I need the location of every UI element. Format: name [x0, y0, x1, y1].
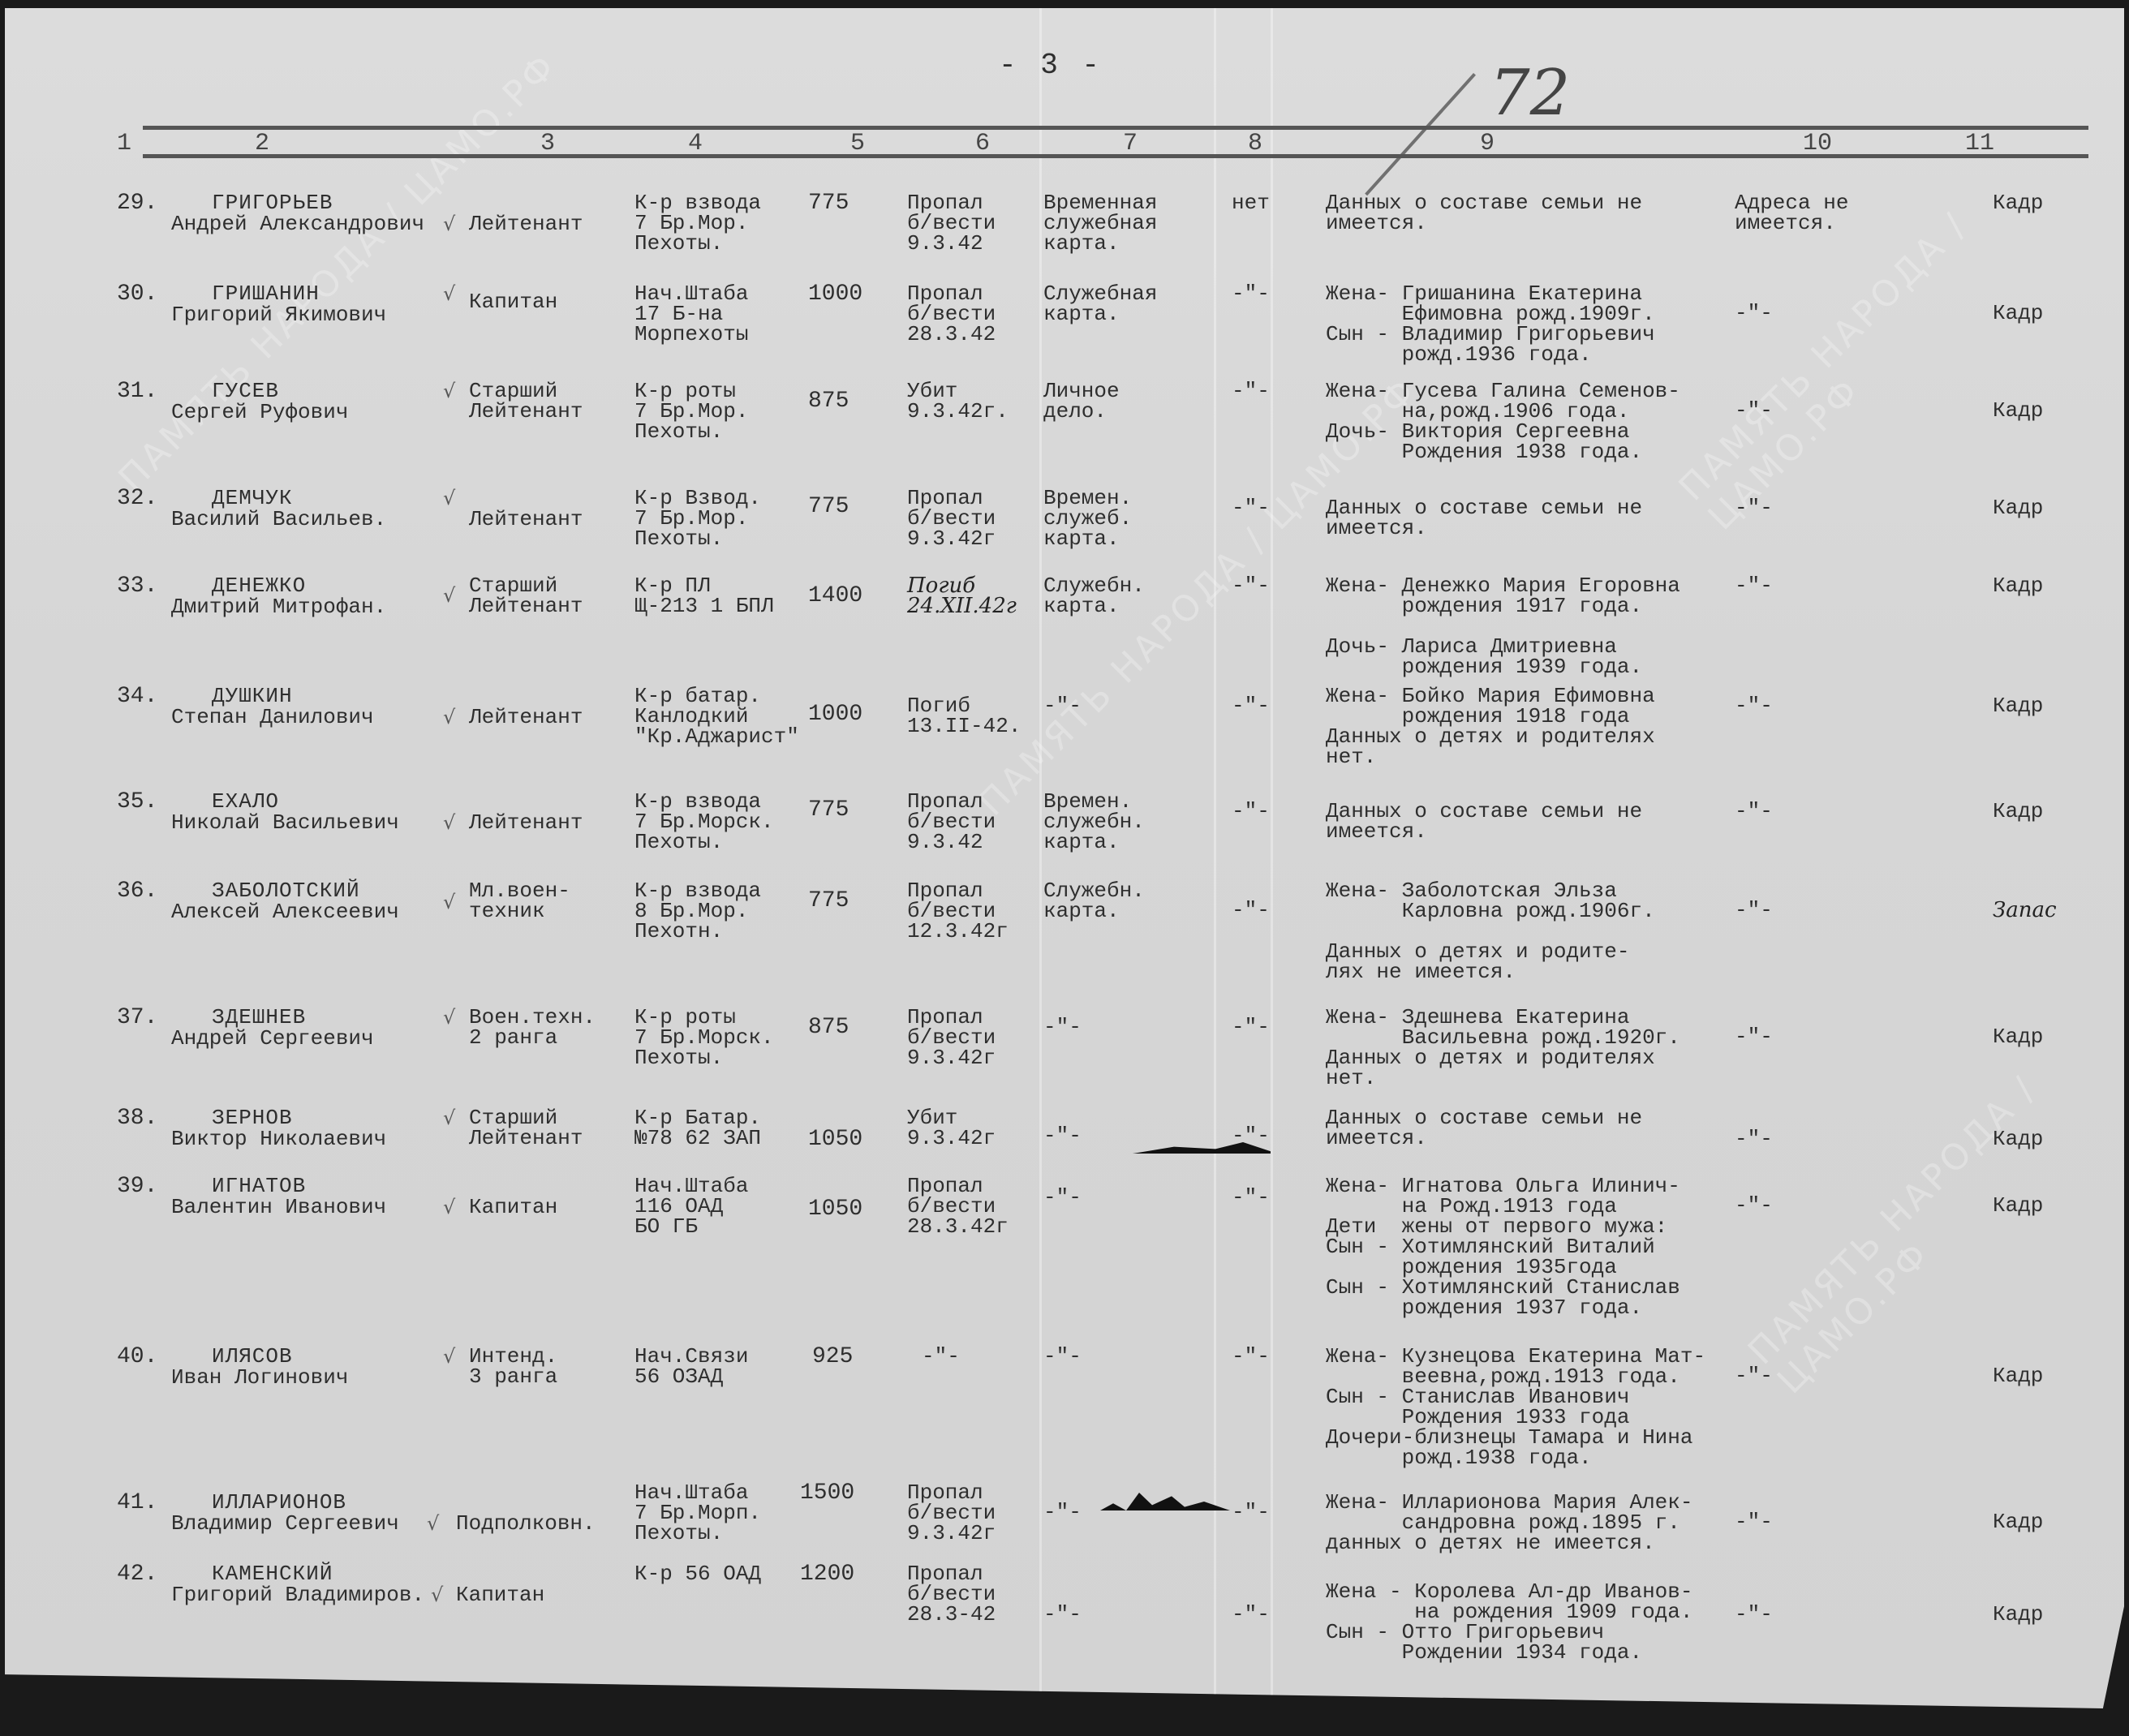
family-info: Жена- Денежко Мария Егоровна рождения 19… [1326, 576, 1680, 677]
salary: 1050 [808, 1199, 862, 1219]
salary: 875 [808, 391, 849, 411]
check-mark-icon: √ [443, 381, 455, 402]
source-document: -"- [1043, 696, 1082, 716]
watermark: ПАМЯТЬ НАРОДА / ЦАМО.РФ [1740, 1050, 2092, 1402]
category: Кадр [1993, 303, 2043, 324]
source-document: Времен. служеб. карта. [1043, 488, 1132, 549]
column-8: -"- [1232, 1188, 1270, 1208]
family-info: Данных о составе семьи не имеется. [1326, 498, 1642, 539]
source-document: Личное дело. [1043, 381, 1120, 422]
given-names: Иван Логинович [171, 1368, 348, 1388]
family-info: Жена- Гусева Галина Семенов- на,рожд.190… [1326, 381, 1680, 462]
paper-crease [1271, 8, 1273, 1708]
column-number: 2 [255, 130, 269, 157]
family-info: Жена- Игнатова Ольга Илинич- на Рожд.191… [1326, 1176, 1680, 1318]
column-number: 4 [688, 130, 703, 157]
check-mark-icon: √ [443, 586, 455, 606]
column-number: 11 [1965, 130, 1994, 157]
surname: ДЕНЕЖКО [212, 576, 306, 596]
column-8: -"- [1232, 696, 1270, 716]
rank: Капитан [469, 1197, 557, 1218]
category: Кадр [1993, 1196, 2043, 1216]
source-document: Служебн. карта. [1043, 576, 1145, 617]
given-names: Василий Васильев. [171, 509, 386, 530]
pencil-slash-mark [1365, 73, 1476, 196]
surname: ЗДЕШНЕВ [212, 1008, 306, 1028]
source-document: Временная служебная карта. [1043, 193, 1157, 254]
check-mark-icon: √ [443, 1197, 455, 1218]
family-info: Жена- Бойко Мария Ефимовна рождения 1918… [1326, 686, 1655, 767]
column-8: -"- [1232, 284, 1270, 304]
column-number: 6 [975, 130, 990, 157]
given-names: Валентин Иванович [171, 1197, 386, 1218]
position: К-р взвода 7 Бр.Морск. Пехоты. [634, 792, 774, 853]
check-mark-icon: √ [443, 707, 455, 728]
header-rule-bottom [143, 154, 2088, 158]
source-document: Времен. служебн. карта. [1043, 792, 1145, 853]
source-document: Служебн. карта. [1043, 881, 1145, 922]
column-8: -"- [1232, 381, 1270, 402]
given-names: Николай Васильевич [171, 813, 399, 833]
paper-crease [1214, 8, 1216, 1708]
column-8: нет [1232, 193, 1270, 213]
header-rule-top [143, 126, 2088, 130]
row-index: 33. [117, 576, 157, 596]
given-names: Сергей Руфович [171, 402, 348, 423]
given-names: Владимир Сергеевич [171, 1514, 399, 1534]
position: К-р роты 7 Бр.Мор. Пехоты. [634, 381, 748, 442]
rank: Лейтенант [469, 813, 583, 833]
address: -"- [1735, 900, 1773, 921]
given-names: Андрей Александрович [171, 214, 424, 234]
family-info: Жена- Кузнецова Екатерина Мат- веевна,ро… [1326, 1347, 1705, 1468]
column-8: -"- [1232, 1017, 1270, 1038]
column-number: 1 [117, 130, 131, 157]
given-names: Григорий Якимович [171, 305, 386, 325]
position: Нач.Штаба 116 ОАД БО ГБ [634, 1176, 748, 1237]
source-document: -"- [1043, 1126, 1082, 1146]
address: -"- [1735, 1196, 1773, 1216]
family-info: Жена - Королева Ал-др Иванов- на рождени… [1326, 1582, 1692, 1663]
fate: Пропал б/вести 12.3.42г [907, 881, 1009, 942]
fate: Убит 9.3.42г [907, 1108, 996, 1149]
given-names: Григорий Владимиров. [171, 1585, 424, 1605]
check-mark-icon: √ [443, 1008, 455, 1028]
surname: ЕХАЛО [212, 792, 279, 812]
address: -"- [1735, 401, 1773, 421]
category: Кадр [1993, 1129, 2043, 1149]
salary: 775 [808, 496, 849, 517]
fate: -"- [922, 1347, 960, 1367]
category: Кадр [1993, 1027, 2043, 1047]
surname: ДЕМЧУК [212, 488, 293, 509]
rank: Воен.техн. 2 ранга [469, 1008, 596, 1048]
address: -"- [1735, 303, 1773, 324]
row-index: 38. [117, 1108, 157, 1128]
row-index: 40. [117, 1347, 157, 1367]
handwritten-page-number: 72 [1490, 57, 1570, 130]
column-8: -"- [1232, 900, 1270, 921]
fate: Погиб 24.XII.42г [907, 576, 1017, 617]
fate: Пропал б/вести 9.3.42г [907, 1008, 996, 1068]
row-index: 39. [117, 1176, 157, 1197]
fate: Пропал б/вести 9.3.42г [907, 488, 996, 549]
check-mark-icon: √ [443, 214, 455, 234]
row-index: 32. [117, 488, 157, 509]
column-8: -"- [1232, 1605, 1270, 1625]
category: Кадр [1993, 801, 2043, 822]
source-document: -"- [1043, 1188, 1082, 1208]
rank: Лейтенант [469, 707, 583, 728]
fate: Пропал б/вести 9.3.42г [907, 1483, 996, 1544]
salary: 1400 [808, 586, 862, 606]
column-number: 5 [850, 130, 865, 157]
category: Запас [1993, 900, 2057, 921]
address: -"- [1735, 801, 1773, 822]
category: Кадр [1993, 1605, 2043, 1625]
source-document: -"- [1043, 1017, 1082, 1038]
salary: 1050 [808, 1129, 862, 1149]
rank: Лейтенант [469, 214, 583, 234]
position: К-р 56 ОАД [634, 1564, 761, 1584]
position: Нач.Связи 56 ОЗАД [634, 1347, 748, 1387]
surname: КАМЕНСКИЙ [212, 1564, 333, 1584]
address: -"- [1735, 1027, 1773, 1047]
rank: Капитан [469, 292, 557, 312]
fate: Пропал б/вести 28.3-42 [907, 1564, 996, 1625]
address: -"- [1735, 1605, 1773, 1625]
check-mark-icon: √ [443, 488, 455, 509]
position: К-р батар. Канлодкий "Кр.Аджарист" [634, 686, 799, 747]
category: Кадр [1993, 193, 2043, 213]
category: Кадр [1993, 1512, 2043, 1532]
fate: Пропал б/вести 28.3.42г [907, 1176, 1009, 1237]
position: К-р роты 7 Бр.Морск. Пехоты. [634, 1008, 774, 1068]
position: К-р взвода 8 Бр.Мор. Пехотн. [634, 881, 761, 942]
row-index: 30. [117, 284, 157, 304]
row-index: 42. [117, 1564, 157, 1584]
column-8: -"- [1232, 1502, 1270, 1523]
source-document: Служебная карта. [1043, 284, 1157, 324]
row-index: 31. [117, 381, 157, 402]
page-number: - 3 - [999, 49, 1103, 82]
check-mark-icon: √ [443, 892, 455, 913]
family-info: Данных о составе семьи не имеется. [1326, 1108, 1642, 1149]
salary: 1200 [800, 1564, 854, 1584]
salary: 1000 [808, 284, 862, 304]
surname: ИЛЛАРИОНОВ [212, 1493, 346, 1513]
column-8: -"- [1232, 1347, 1270, 1367]
paper-crease [1039, 8, 1042, 1708]
family-info: Жена- Гришанина Екатерина Ефимовна рожд.… [1326, 284, 1655, 365]
position: Нач.Штаба 17 Б-на Морпехоты [634, 284, 748, 345]
source-document: -"- [1043, 1502, 1082, 1523]
salary: 775 [808, 891, 849, 911]
category: Кадр [1993, 576, 2043, 596]
check-mark-icon: √ [427, 1514, 439, 1534]
source-document: -"- [1043, 1347, 1082, 1367]
salary: 1500 [800, 1483, 854, 1503]
address: -"- [1735, 576, 1773, 596]
surname: ГРИГОРЬЕВ [212, 193, 333, 213]
watermark: ПАМЯТЬ НАРОДА / ЦАМО.РФ [111, 45, 566, 499]
column-number: 8 [1248, 130, 1262, 157]
family-info: Жена- Здешнева Екатерина Васильевна рожд… [1326, 1008, 1680, 1089]
rank: Подполковн. [456, 1514, 596, 1534]
paper-tear [1100, 1493, 1230, 1510]
position: К-р Взвод. 7 Бр.Мор. Пехоты. [634, 488, 761, 549]
given-names: Андрей Сергеевич [171, 1029, 374, 1049]
salary: 1000 [808, 704, 862, 724]
category: Кадр [1993, 498, 2043, 518]
given-names: Виктор Николаевич [171, 1129, 386, 1149]
salary: 775 [808, 193, 849, 213]
surname: ЗАБОЛОТСКИЙ [212, 881, 360, 901]
rank: Старший Лейтенант [469, 1108, 583, 1149]
fate: Пропал б/вести 28.3.42 [907, 284, 996, 345]
source-document: -"- [1043, 1605, 1082, 1625]
column-number: 10 [1803, 130, 1832, 157]
surname: ГРИШАНИН [212, 284, 320, 304]
check-mark-icon: √ [431, 1585, 443, 1605]
position: К-р взвода 7 Бр.Мор. Пехоты. [634, 193, 761, 254]
column-8: -"- [1232, 1126, 1270, 1146]
row-index: 41. [117, 1493, 157, 1513]
fate: Погиб 13.II-42. [907, 696, 1021, 737]
given-names: Дмитрий Митрофан. [171, 597, 386, 617]
column-number: 7 [1123, 130, 1138, 157]
column-number: 9 [1480, 130, 1495, 157]
category: Кадр [1993, 401, 2043, 421]
document-page: ПАМЯТЬ НАРОДА / ЦАМО.РФ ПАМЯТЬ НАРОДА / … [5, 8, 2124, 1708]
rank: Капитан [456, 1585, 544, 1605]
row-index: 36. [117, 881, 157, 901]
row-index: 37. [117, 1008, 157, 1028]
family-info: Данных о составе семьи не имеется. [1326, 801, 1642, 842]
fate: Убит 9.3.42г. [907, 381, 1009, 422]
family-info: Данных о составе семьи не имеется. [1326, 193, 1642, 234]
fate: Пропал б/вести 9.3.42 [907, 193, 996, 254]
given-names: Алексей Алексеевич [171, 902, 399, 922]
category: Кадр [1993, 1366, 2043, 1386]
fate: Пропал б/вести 9.3.42 [907, 792, 996, 853]
surname: ИЛЯСОВ [212, 1347, 293, 1367]
address: -"- [1735, 498, 1773, 518]
family-info: Жена- Заболотская Эльза Карловна рожд.19… [1326, 881, 1655, 982]
check-mark-icon: √ [443, 1347, 455, 1367]
rank: Мл.воен- техник [469, 881, 570, 922]
salary: 775 [808, 800, 849, 820]
row-index: 34. [117, 686, 157, 707]
column-8: -"- [1232, 801, 1270, 822]
position: Нач.Штаба 7 Бр.Морп. Пехоты. [634, 1483, 761, 1544]
surname: ИГНАТОВ [212, 1176, 306, 1197]
row-index: 29. [117, 193, 157, 213]
salary: 925 [812, 1347, 853, 1367]
column-8: -"- [1232, 576, 1270, 596]
check-mark-icon: √ [443, 1108, 455, 1128]
check-mark-icon: √ [443, 284, 455, 304]
column-8: -"- [1232, 498, 1270, 518]
column-number: 3 [540, 130, 555, 157]
rank: Лейтенант [469, 509, 583, 530]
address: Адреса не имеется. [1735, 193, 1848, 234]
position: К-р ПЛ Щ-213 1 БПЛ [634, 576, 774, 617]
surname: ГУСЕВ [212, 381, 279, 402]
row-index: 35. [117, 792, 157, 812]
given-names: Степан Данилович [171, 707, 374, 728]
rank: Старший Лейтенант [469, 576, 583, 617]
address: -"- [1735, 696, 1773, 716]
position: К-р Батар. №78 62 ЗАП [634, 1108, 761, 1149]
surname: ДУШКИН [212, 686, 293, 707]
category: Кадр [1993, 696, 2043, 716]
surname: ЗЕРНОВ [212, 1108, 293, 1128]
address: -"- [1735, 1366, 1773, 1386]
address: -"- [1735, 1129, 1773, 1149]
address: -"- [1735, 1512, 1773, 1532]
family-info: Жена- Илларионова Мария Алек- сандровна … [1326, 1493, 1692, 1553]
check-mark-icon: √ [443, 813, 455, 833]
salary: 875 [808, 1017, 849, 1038]
rank: Старший Лейтенант [469, 381, 583, 422]
rank: Интенд. 3 ранга [469, 1347, 557, 1387]
